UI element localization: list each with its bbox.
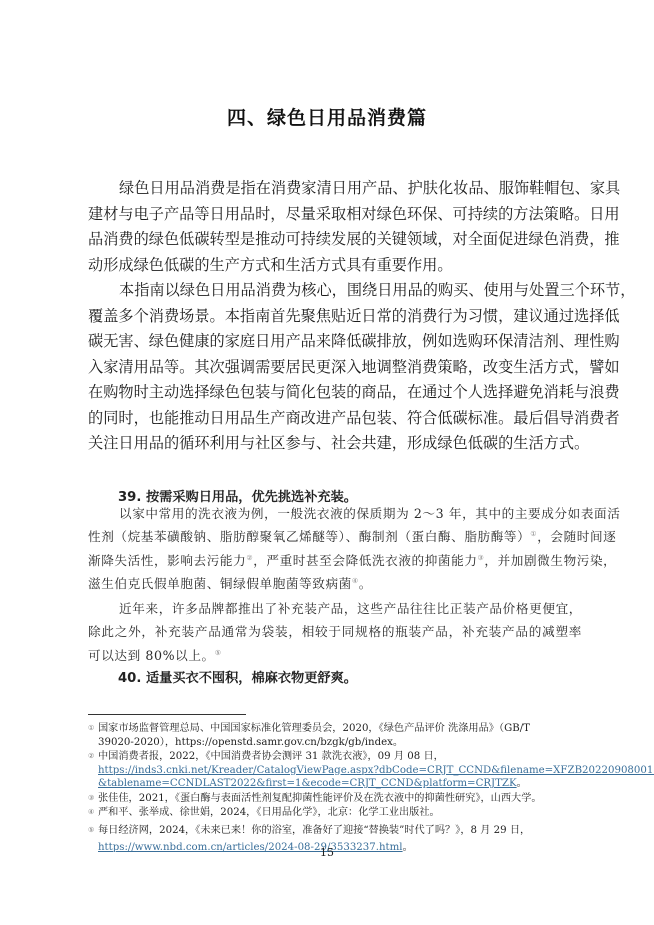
text-line: 碳无害、绿色健康的家庭日用产品来降低碳排放，例如选购环保清洁剂、理性购 bbox=[88, 329, 582, 355]
footnote-text: 张佳佳，2021，《蛋白酶与表面活性剂复配抑菌性能评价及在洗衣液中的抑菌性研究》… bbox=[88, 792, 588, 806]
intro-paragraph-2: 本指南以绿色日用品消费为核心，围绕日用品的购买、使用与处置三个环节， 覆盖多个消… bbox=[88, 278, 582, 457]
footnote-text: 每日经济网，2024，《未来已来！你的浴室，准备好了迎接“替换装”时代了吗？》，… bbox=[88, 822, 588, 839]
text-line: 的同时，也能推动日用品生产商改进产品包装、符合低碳标准。最后倡导消费者 bbox=[88, 406, 582, 432]
section-title: 四、绿色日用品消费篇 bbox=[0, 103, 654, 130]
text-line: 动形成绿色低碳的生产方式和生活方式具有重要作用。 bbox=[88, 253, 582, 279]
text-line: 建材与电子产品等日用品时，尽量采取相对绿色环保、可持续的方法策略。日用 bbox=[88, 202, 582, 228]
text-line: 入家清用品等。其次强调需要居民更深入地调整消费策略，改变生活方式，譬如 bbox=[88, 355, 582, 381]
footnote-link-line: &tablename=CCNDLAST2022&first=1&ecode=CR… bbox=[88, 777, 588, 791]
intro-paragraph-1: 绿色日用品消费是指在消费家清日用产品、护肤化妆品、服饰鞋帽包、家具 建材与电子产… bbox=[88, 176, 582, 278]
footnote-ref-5[interactable]: ⑤ bbox=[215, 648, 222, 656]
text-line: 渐降失活性，影响去污能力②，严重时甚至会降低洗衣液的抑菌能力③，并加剧微生物污染… bbox=[88, 549, 582, 572]
text-line: 在购物时主动选择绿色包装与简化包装的商品，在通过个人选择避免消耗与浪费 bbox=[88, 380, 582, 406]
footnote-divider bbox=[88, 714, 246, 715]
text-line: 本指南以绿色日用品消费为核心，围绕日用品的购买、使用与处置三个环节， bbox=[88, 278, 582, 304]
text-line: 滋生伯克氏假单胞菌、铜绿假单胞菌等致病菌④。 bbox=[88, 572, 582, 595]
footnote-link[interactable]: &tablename=CCNDLAST2022&first=1&ecode=CR… bbox=[98, 778, 517, 789]
item-heading-40: 40. 适量买衣不囤积，棉麻衣物更舒爽。 bbox=[118, 667, 357, 686]
footnote-mark: ① bbox=[88, 722, 94, 736]
text-line: 绿色日用品消费是指在消费家清日用产品、护肤化妆品、服饰鞋帽包、家具 bbox=[88, 176, 582, 202]
footnote-text: 严和平、张举成、徐世娟，2024，《日用品化学》，北京：化学工业出版社。 bbox=[88, 806, 588, 820]
document-page: 四、绿色日用品消费篇 绿色日用品消费是指在消费家清日用产品、护肤化妆品、服饰鞋帽… bbox=[0, 0, 654, 925]
footnote-text: 国家市场监督管理总局、中国国家标准化管理委员会，2020，《绿色产品评价 洗涤用… bbox=[88, 722, 588, 736]
footnote-4: ④ 严和平、张举成、徐世娟，2024，《日用品化学》，北京：化学工业出版社。 bbox=[88, 806, 588, 820]
footnote-mark: ⑤ bbox=[88, 822, 94, 839]
footnote-mark: ③ bbox=[88, 792, 94, 806]
footnote-3: ③ 张佳佳，2021，《蛋白酶与表面活性剂复配抑菌性能评价及在洗衣液中的抑菌性研… bbox=[88, 792, 588, 806]
text-line: 近年来，许多品牌都推出了补充装产品，这些产品往往比正装产品价格更便宜， bbox=[88, 597, 582, 620]
text-line: 性剂（烷基苯磺酸钠、脂肪醇聚氧乙烯醚等）、酶制剂（蛋白酶、脂肪酶等）①，会随时间… bbox=[88, 525, 582, 548]
item-39-paragraph-2: 近年来，许多品牌都推出了补充装产品，这些产品往往比正装产品价格更便宜， 除此之外… bbox=[88, 597, 582, 667]
footnote-text: 中国消费者报，2022，《中国消费者协会测评 31 款洗衣液》，09 月 08 … bbox=[88, 750, 588, 764]
text-line: 可以达到 80%以上。⑤ bbox=[88, 644, 582, 667]
text-line: 除此之外，补充装产品通常为袋装，相较于同规格的瓶装产品，补充装产品的减塑率 bbox=[88, 620, 582, 643]
page-number: 15 bbox=[0, 846, 654, 859]
footnote-link[interactable]: https://inds3.cnki.net/Kreader/CatalogVi… bbox=[98, 765, 654, 776]
text-line: 关注日用品的循环利用与社区参与、社会共建，形成绿色低碳的生活方式。 bbox=[88, 431, 582, 457]
footnote-mark: ② bbox=[88, 750, 94, 764]
footnote-2: ② 中国消费者报，2022，《中国消费者协会测评 31 款洗衣液》，09 月 0… bbox=[88, 750, 588, 791]
item-39-paragraph-1: 以家中常用的洗衣液为例，一般洗衣液的保质期为 2～3 年，其中的主要成分如表面活… bbox=[88, 502, 582, 595]
footnote-text: 39020-2020），https://openstd.samr.gov.cn/… bbox=[88, 736, 588, 750]
text-line: 品消费的绿色低碳转型是推动可持续发展的关键领域，对全面促进绿色消费，推 bbox=[88, 227, 582, 253]
footnote-ref-4[interactable]: ④ bbox=[352, 577, 359, 585]
footnote-mark: ④ bbox=[88, 806, 94, 820]
text-line: 以家中常用的洗衣液为例，一般洗衣液的保质期为 2～3 年，其中的主要成分如表面活 bbox=[88, 502, 582, 525]
footnote-link-line: https://inds3.cnki.net/Kreader/CatalogVi… bbox=[88, 764, 588, 778]
footnote-1: ① 国家市场监督管理总局、中国国家标准化管理委员会，2020，《绿色产品评价 洗… bbox=[88, 722, 588, 749]
text-line: 覆盖多个消费场景。本指南首先聚焦贴近日常的消费行为习惯，建议通过选择低 bbox=[88, 304, 582, 330]
